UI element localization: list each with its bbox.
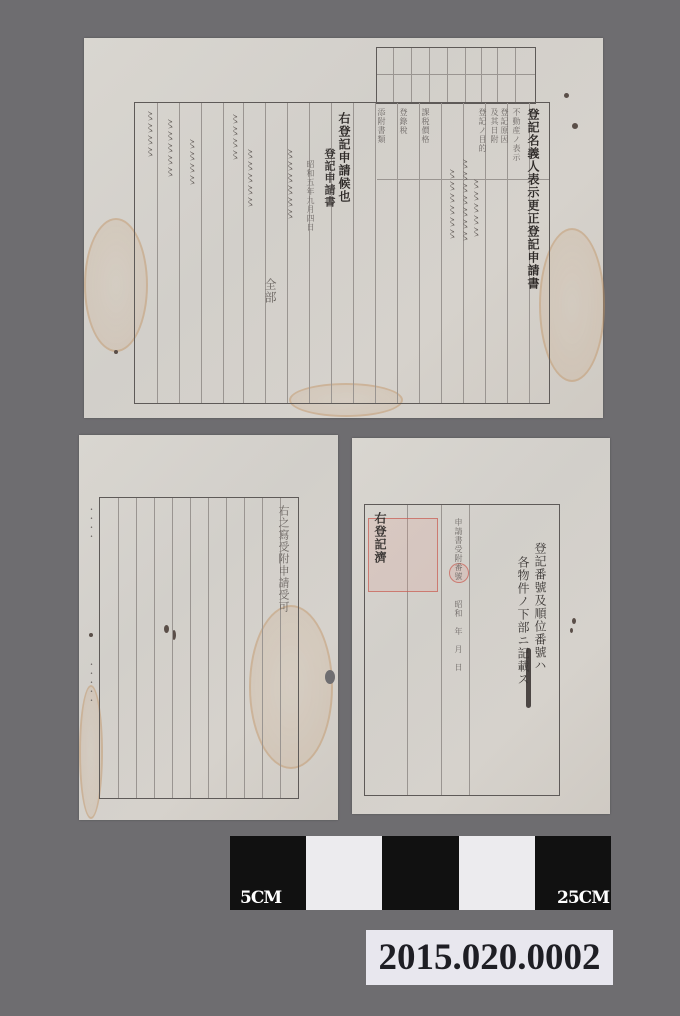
field-label: 課税價格 [421, 108, 429, 144]
handwriting: 〻〻〻〻 [144, 110, 155, 158]
date-column: 昭和 年 月 日 [454, 600, 462, 672]
handwriting: 〻〻〻〻〻 [244, 148, 255, 208]
scale-bar: 5CM 25CM [230, 836, 611, 910]
field-label: 添附書類 [377, 108, 385, 144]
handwriting: 〻〻〻〻 [186, 138, 197, 186]
scale-segment [459, 836, 535, 910]
scale-segment [306, 836, 382, 910]
date-column: 昭和五年九月四日 [306, 160, 314, 232]
margin-print: ・・・・・ [87, 660, 95, 705]
handwriting: 〻〻〻〻 [229, 113, 240, 161]
handwriting: 〻〻〻〻〻 [164, 118, 175, 178]
subtitle: 登記申請書 [324, 148, 335, 208]
handwriting: 〻〻〻〻〻〻 [284, 148, 295, 220]
margin-print: ・・・・ [87, 505, 95, 541]
receipt-label: 申請書受附番號 [454, 518, 462, 581]
ink-spot [89, 633, 93, 637]
ink-spot [325, 670, 335, 684]
accession-number: 2015.020.0002 [379, 936, 601, 979]
accession-number-label: 2015.020.0002 [366, 930, 613, 985]
field-label: 登記原因 [500, 108, 508, 144]
handwriting: 〻〻〻〻〻〻 [446, 168, 457, 240]
field-label: 及其日附 [490, 108, 498, 144]
document-top: 登記名義人表示更正登記申請書 右登記申請候也 登記申請書 昭和五年九月四日 不動… [84, 38, 603, 418]
ink-spot [572, 123, 578, 129]
center-title: 右登記申請候也 [338, 112, 350, 203]
field-label: 不動産ノ表示 [512, 108, 520, 162]
instruction-line-2: 各物件ノ下部ニ記載ス [517, 556, 529, 686]
ink-spot [564, 93, 569, 98]
header-title: 登記名義人表示更正登記申請書 [527, 108, 539, 290]
scale-segment: 25CM [535, 836, 611, 910]
document-bottom-right: 右登記濟 申請書受附番號 昭和 年 月 日 登記番號及順位番號ハ 各物件ノ下部ニ… [352, 438, 610, 814]
handwriting: 〻〻〻〻〻 [470, 178, 481, 238]
instruction-line-1: 登記番號及順位番號ハ [534, 542, 546, 672]
scale-segment [382, 836, 458, 910]
handwritten-note: 全部 [264, 278, 276, 304]
field-label: 登錄稅 [399, 108, 407, 135]
scale-label-left: 5CM [240, 888, 281, 908]
ink-spot [572, 618, 576, 624]
field-label: 登記ノ目的 [478, 108, 486, 153]
ruled-frame [99, 497, 299, 799]
ink-spot [114, 350, 118, 354]
ink-spot [570, 628, 573, 633]
document-bottom-left: 右之寫受附申請受可 ・・・・ ・・・・・ [79, 435, 338, 820]
scale-label-right: 25CM [557, 888, 609, 908]
scale-segment: 5CM [230, 836, 306, 910]
handwritten-note: 右之寫受附申請受可 [278, 505, 289, 613]
summary-table [376, 47, 536, 104]
stamp-text: 右登記濟 [374, 512, 386, 564]
